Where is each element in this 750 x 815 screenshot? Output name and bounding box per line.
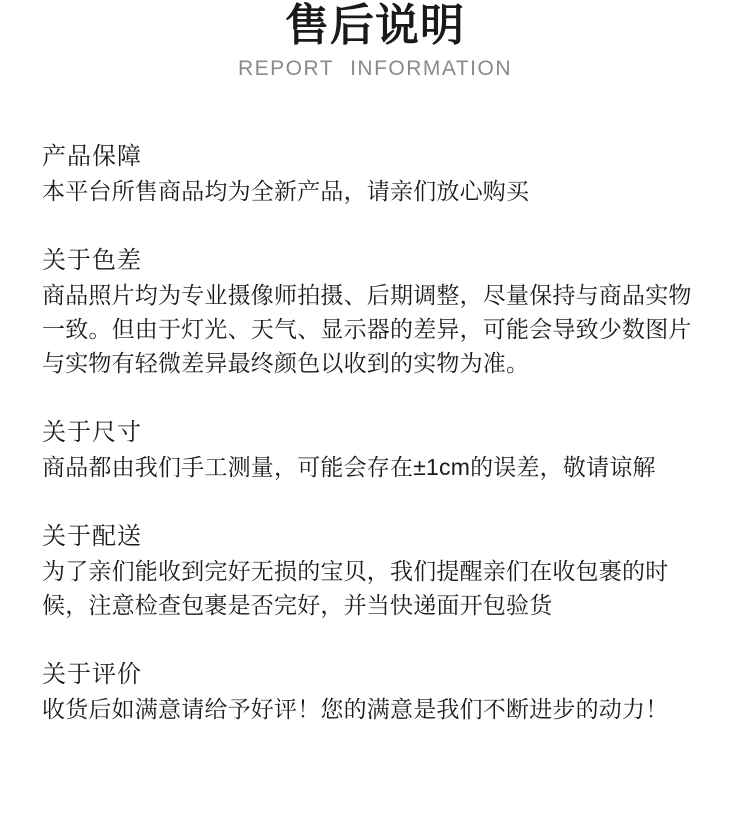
section-body-color-difference: 商品照片均为专业摄像师拍摄、后期调整，尽量保持与商品实物一致。但由于灯光、天气、… <box>42 278 708 380</box>
section-body-delivery: 为了亲们能收到完好无损的宝贝，我们提醒亲们在收包裹的时候，注意检查包裹是否完好，… <box>42 554 708 622</box>
page-subtitle: REPORT INFORMATION <box>0 58 750 79</box>
section-heading-color-difference: 关于色差 <box>42 244 708 278</box>
section-review: 关于评价 收货后如满意请给予好评！您的满意是我们不断进步的动力！ <box>42 658 708 726</box>
section-heading-review: 关于评价 <box>42 658 708 692</box>
sections-container: 产品保障 本平台所售商品均为全新产品，请亲们放心购买 关于色差 商品照片均为专业… <box>0 140 750 726</box>
section-product-guarantee: 产品保障 本平台所售商品均为全新产品，请亲们放心购买 <box>42 140 708 208</box>
section-size: 关于尺寸 商品都由我们手工测量，可能会存在±1cm的误差，敬请谅解 <box>42 416 708 484</box>
section-heading-delivery: 关于配送 <box>42 520 708 554</box>
section-color-difference: 关于色差 商品照片均为专业摄像师拍摄、后期调整，尽量保持与商品实物一致。但由于灯… <box>42 244 708 380</box>
page-title: 售后说明 <box>0 3 750 49</box>
section-body-review: 收货后如满意请给予好评！您的满意是我们不断进步的动力！ <box>42 692 708 726</box>
section-delivery: 关于配送 为了亲们能收到完好无损的宝贝，我们提醒亲们在收包裹的时候，注意检查包裹… <box>42 520 708 622</box>
section-heading-size: 关于尺寸 <box>42 416 708 450</box>
section-body-size: 商品都由我们手工测量，可能会存在±1cm的误差，敬请谅解 <box>42 450 708 484</box>
after-sales-info-page: 售后说明 REPORT INFORMATION 产品保障 本平台所售商品均为全新… <box>0 0 750 815</box>
page-header: 售后说明 REPORT INFORMATION <box>0 0 750 79</box>
section-heading-product-guarantee: 产品保障 <box>42 140 708 174</box>
section-body-product-guarantee: 本平台所售商品均为全新产品，请亲们放心购买 <box>42 174 708 208</box>
